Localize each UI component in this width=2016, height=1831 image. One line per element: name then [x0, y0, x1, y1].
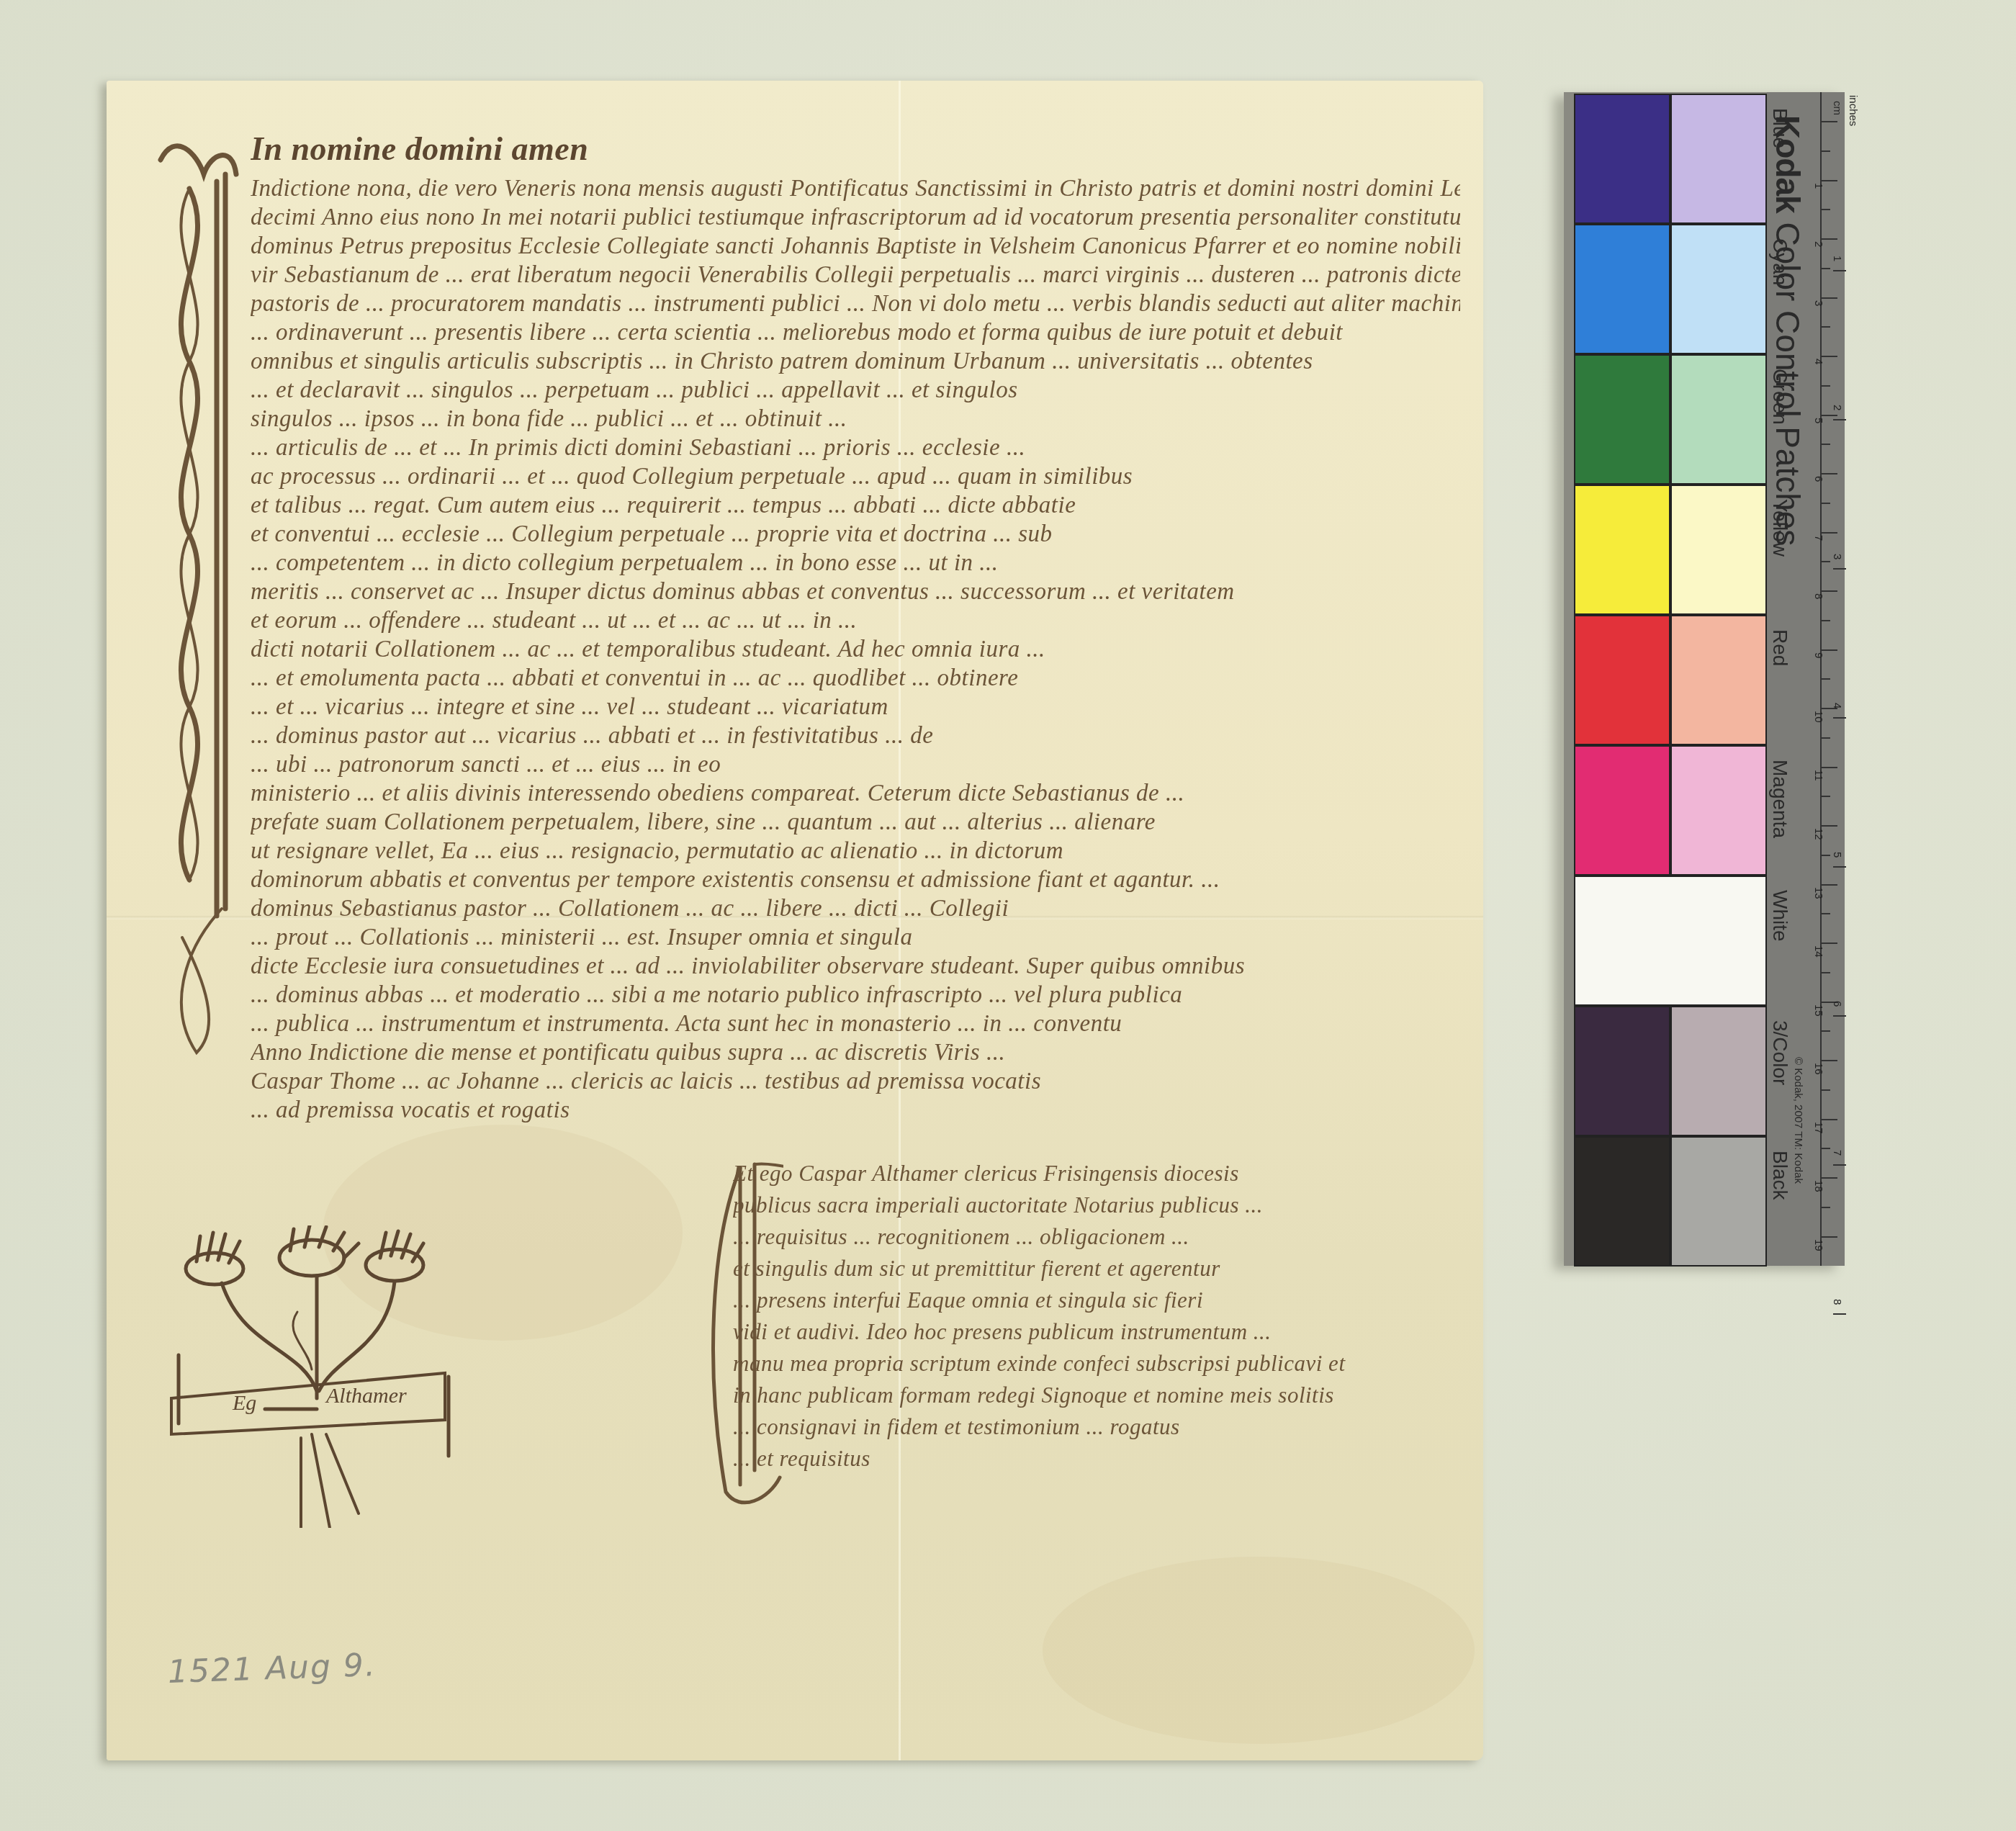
- text-line: omnibus et singulis articulis subscripti…: [251, 348, 1460, 375]
- text-line: ministerio ... et aliis divinis interess…: [251, 780, 1460, 807]
- inch-tick: [1833, 866, 1846, 868]
- cm-mark: 4: [1812, 359, 1824, 364]
- signet-label-left: Eg: [233, 1391, 256, 1416]
- ruler-tick: [1822, 121, 1837, 122]
- ruler-tick: [1822, 444, 1830, 445]
- text-line: ... consignavi in fidem et testimonium .…: [733, 1414, 1403, 1440]
- ruler-tick: [1822, 297, 1837, 299]
- ruler-tick: [1822, 385, 1830, 387]
- text-line: et singulis dum sic ut premittitur fiere…: [733, 1256, 1403, 1282]
- ruler-tick: [1822, 855, 1830, 856]
- text-line: manu mea propria scriptum exinde confeci…: [733, 1351, 1403, 1377]
- pencil-archival-date: 1521 Aug 9.: [167, 1647, 377, 1691]
- text-line: ... competentem ... in dicto collegium p…: [251, 550, 1460, 577]
- ruler-tick: [1822, 1148, 1830, 1149]
- text-line: Anno Indictione die mense et pontificatu…: [251, 1040, 1460, 1066]
- cm-mark: 15: [1812, 1004, 1824, 1017]
- text-line: ... et emolumenta pacta ... abbati et co…: [251, 665, 1460, 692]
- inch-tick: [1833, 717, 1846, 719]
- patch-magenta-light: [1670, 745, 1767, 876]
- signet-label-right: Althamer: [326, 1384, 407, 1408]
- ruler-tick: [1822, 649, 1837, 651]
- patch-label: Cyan: [1768, 238, 1791, 285]
- cm-mark: 11: [1812, 770, 1824, 781]
- card-title: Kodak Color Control Patches: [1768, 115, 1807, 546]
- ruler-tick: [1822, 1030, 1830, 1032]
- patch-yellow-light: [1670, 485, 1767, 615]
- text-line: dicte Ecclesie iura consuetudines et ...…: [251, 953, 1460, 980]
- text-line: ... et requisitus: [733, 1446, 1093, 1472]
- text-line: publicus sacra imperiali auctoritate Not…: [733, 1192, 1403, 1218]
- cm-mark: 16: [1812, 1063, 1824, 1075]
- patch-label: Black: [1768, 1151, 1791, 1200]
- ruler-tick: [1822, 473, 1837, 474]
- text-line: ... dominus pastor aut ... vicarius ... …: [251, 723, 1460, 750]
- inch-mark: 4: [1831, 703, 1843, 708]
- ruler-tick: [1822, 1236, 1837, 1238]
- patch-blue-dark: [1574, 94, 1670, 224]
- cm-mark: 1: [1812, 183, 1824, 189]
- patch-black-dark: [1574, 1136, 1670, 1267]
- text-line: ... publica ... instrumentum et instrume…: [251, 1011, 1460, 1038]
- text-line: Indictione nona, die vero Veneris nona m…: [251, 176, 1460, 202]
- inch-mark: 5: [1831, 852, 1843, 858]
- cm-mark: 7: [1812, 535, 1824, 541]
- inch-mark: 3: [1831, 554, 1843, 559]
- patch-red-dark: [1574, 615, 1670, 745]
- ruler-tick: [1822, 150, 1830, 152]
- patch-blue-light: [1670, 94, 1767, 224]
- cm-mark: 6: [1812, 476, 1824, 482]
- text-line: ... et ... vicarius ... integre et sine …: [251, 694, 1460, 721]
- inch-tick: [1833, 1164, 1846, 1166]
- patch-cyan-dark: [1574, 224, 1670, 354]
- patch-label: Red: [1768, 629, 1791, 666]
- patch-green-light: [1670, 354, 1767, 485]
- copyright-text: © Kodak, 2007 TM: Kodak: [1792, 1057, 1804, 1184]
- text-line: et eorum ... offendere ... studeant ... …: [251, 608, 1460, 634]
- cm-mark: 8: [1812, 593, 1824, 599]
- ruler-tick: [1822, 1089, 1830, 1091]
- text-line: dicti notarii Collationem ... ac ... et …: [251, 636, 1460, 663]
- inch-tick: [1833, 1015, 1846, 1017]
- ruler-tick: [1822, 1119, 1837, 1120]
- patch-label: Blue: [1768, 108, 1791, 148]
- inch-tick: [1833, 568, 1846, 570]
- text-line: prefate suam Collationem perpetualem, li…: [251, 809, 1460, 836]
- ruler-tick: [1822, 415, 1837, 416]
- inch-mark: 1: [1831, 256, 1843, 261]
- text-line: ... prout ... Collationis ... ministerii…: [251, 925, 1460, 951]
- ruler-tick: [1822, 180, 1837, 181]
- ruler-tick: [1822, 532, 1837, 534]
- patch-label: Green: [1768, 369, 1791, 425]
- inch-mark: 6: [1831, 1001, 1843, 1007]
- cm-mark: 19: [1812, 1239, 1824, 1251]
- cm-mark: 9: [1812, 652, 1824, 658]
- ruler-tick: [1822, 238, 1837, 240]
- heading-text: In nomine domini amen: [251, 130, 588, 167]
- ruler-tick: [1822, 767, 1837, 768]
- cm-mark: 18: [1812, 1180, 1824, 1192]
- cm-mark: 14: [1812, 945, 1824, 958]
- ruler-tick: [1822, 1060, 1837, 1061]
- text-line: ... ordinaverunt ... presentis libere ..…: [251, 320, 1460, 346]
- patch-3-color-light: [1670, 1006, 1767, 1136]
- cm-mark: 17: [1812, 1122, 1824, 1134]
- text-line: et conventui ... ecclesie ... Collegium …: [251, 521, 1460, 548]
- ruler-tick: [1822, 913, 1830, 914]
- main-text-block: In nomine domini amen Indictione nona, d…: [251, 130, 1460, 1166]
- text-line: singulos ... ipsos ... in bona fide ... …: [251, 406, 1460, 433]
- inch-tick: [1833, 419, 1846, 420]
- text-line: et talibus ... regat. Cum autem eius ...…: [251, 492, 1460, 519]
- decorated-initial-icon: [153, 131, 240, 1067]
- patch-label: White: [1768, 890, 1791, 942]
- cm-mark: 2: [1812, 241, 1824, 247]
- ruler-tick: [1822, 943, 1837, 944]
- ruler-tick: [1822, 590, 1837, 592]
- text-line: ... et declaravit ... singulos ... perpe…: [251, 377, 1460, 404]
- text-line: Et ego Caspar Althamer clericus Frisinge…: [733, 1161, 1403, 1187]
- parchment-document: In nomine domini amen Indictione nona, d…: [107, 81, 1483, 1760]
- text-line: ... ubi ... patronorum sancti ... et ...…: [251, 752, 1460, 778]
- text-line: ut resignare vellet, Ea ... eius ... res…: [251, 838, 1460, 865]
- patch-label: 3/Color: [1768, 1020, 1791, 1085]
- text-line: dominus Sebastianus pastor ... Collation…: [251, 896, 1460, 922]
- ruler-tick: [1822, 796, 1830, 797]
- text-line: ac processus ... ordinarii ... et ... qu…: [251, 464, 1460, 490]
- patch-red-light: [1670, 615, 1767, 745]
- ruler-tick: [1822, 503, 1830, 504]
- text-line: ... presens interfui Eaque omnia et sing…: [733, 1287, 1403, 1313]
- patch-black-light: [1670, 1136, 1767, 1267]
- text-line: decimi Anno eius nono In mei notarii pub…: [251, 204, 1460, 231]
- text-line: ... dominus abbas ... et moderatio ... s…: [251, 982, 1460, 1009]
- inch-mark: 7: [1831, 1150, 1843, 1156]
- ruler: 1234567891011121314151617181912345678: [1820, 92, 1846, 1266]
- patch-magenta-dark: [1574, 745, 1670, 876]
- ruler-tick: [1822, 884, 1837, 886]
- text-line: ... ad premissa vocatis et rogatis: [251, 1097, 899, 1124]
- inch-tick: [1833, 270, 1846, 271]
- text-line: Caspar Thome ... ac Johanne ... clericis…: [251, 1069, 1460, 1095]
- ruler-tick: [1822, 326, 1830, 328]
- text-line: dominorum abbatis et conventus per tempo…: [251, 867, 1460, 894]
- ruler-tick: [1822, 209, 1830, 210]
- text-line: meritis ... conservet ac ... Insuper dic…: [251, 579, 1460, 606]
- patch-label: Yellow: [1768, 499, 1791, 557]
- text-line: vir Sebastianum de ... erat liberatum ne…: [251, 262, 1460, 289]
- inch-tick: [1833, 1313, 1846, 1315]
- patch-white: [1574, 876, 1767, 1006]
- ruler-tick: [1822, 825, 1837, 827]
- ruler-tick: [1822, 356, 1837, 357]
- ruler-tick: [1822, 678, 1830, 680]
- text-line: in hanc publicam formam redegi Signoque …: [733, 1382, 1403, 1408]
- unit-inches: inches: [1847, 95, 1859, 126]
- text-line: ... requisitus ... recognitionem ... obl…: [733, 1224, 1403, 1250]
- patch-green-dark: [1574, 354, 1670, 485]
- text-line: pastoris de ... procuratorem mandatis ..…: [251, 291, 1460, 318]
- ruler-tick: [1822, 737, 1830, 739]
- text-line: dominus Petrus prepositus Ecclesie Colle…: [251, 233, 1460, 260]
- inch-mark: 2: [1831, 405, 1843, 410]
- notary-signet-icon: [157, 1225, 474, 1528]
- text-line: vidi et audivi. Ideo hoc presens publicu…: [733, 1319, 1403, 1345]
- stain: [1043, 1557, 1475, 1744]
- ruler-tick: [1822, 1207, 1830, 1208]
- cm-mark: 10: [1812, 711, 1824, 723]
- patch-3-color-dark: [1574, 1006, 1670, 1136]
- notary-subscription-block: Et ego Caspar Althamer clericus Frisinge…: [733, 1161, 1403, 1535]
- kodak-color-card: 1234567891011121314151617181912345678 Ko…: [1564, 92, 1845, 1266]
- inch-mark: 8: [1831, 1299, 1843, 1305]
- ruler-tick: [1822, 268, 1830, 269]
- ruler-tick: [1822, 972, 1830, 973]
- patch-yellow-dark: [1574, 485, 1670, 615]
- cm-mark: 3: [1812, 300, 1824, 306]
- cm-mark: 5: [1812, 418, 1824, 423]
- patch-cyan-light: [1670, 224, 1767, 354]
- cm-mark: 12: [1812, 828, 1824, 840]
- ruler-tick: [1822, 1177, 1837, 1179]
- cm-mark: 13: [1812, 887, 1824, 899]
- unit-cm: cm: [1831, 101, 1843, 115]
- ruler-tick: [1822, 561, 1830, 562]
- text-line: ... articulis de ... et ... In primis di…: [251, 435, 1460, 462]
- patch-label: Magenta: [1768, 760, 1791, 838]
- text-line: In nomine domini amen: [251, 130, 1460, 168]
- ruler-tick: [1822, 620, 1830, 621]
